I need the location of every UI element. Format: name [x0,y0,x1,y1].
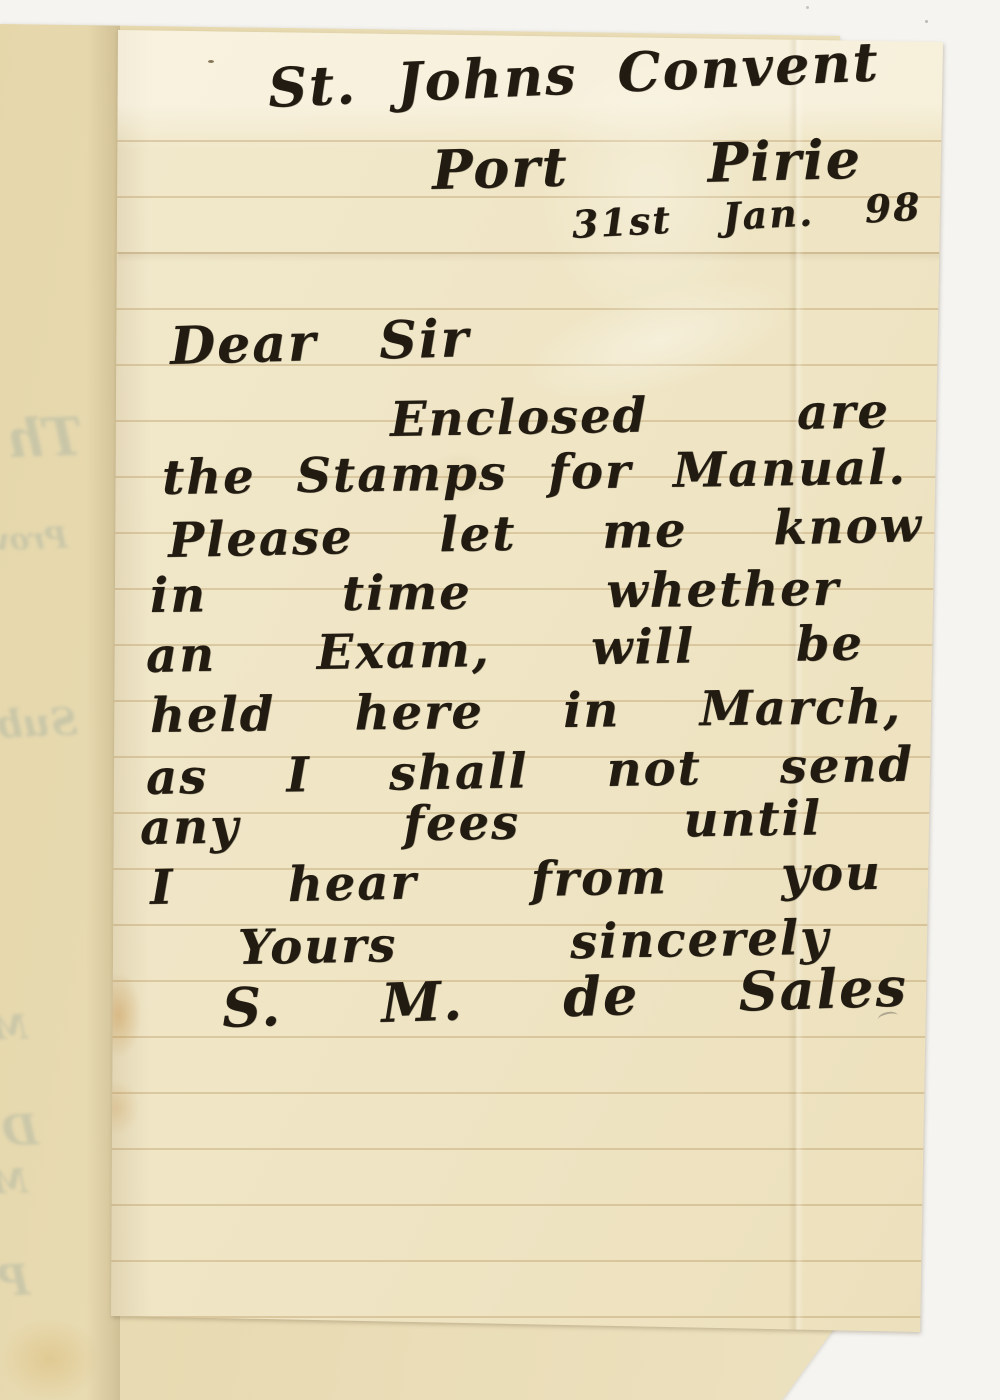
dust-speck [806,6,809,9]
body-line: Enclosed are [390,385,891,447]
body-line: any fees until [140,792,823,855]
ink-speck [208,60,214,63]
body-line: in time whether [150,563,841,624]
dust-speck [925,20,928,23]
scanned-letter-page: Th Prov Sub M D M P St. Johns Convent Po… [0,0,1000,1400]
body-line: the Stamps for Manual. [162,442,908,506]
paper-stain [96,972,142,1058]
paper-stain [92,1080,140,1136]
fold-crease-horizontal [118,252,940,262]
body-line: held here in March, [150,681,903,744]
salutation-line: Dear Sir [169,310,470,376]
letter-sheet-wrapper: St. Johns Convent Port Pirie 31st Jan. 9… [0,0,1000,1400]
letter-sheet: St. Johns Convent Port Pirie 31st Jan. 9… [0,0,1000,1400]
